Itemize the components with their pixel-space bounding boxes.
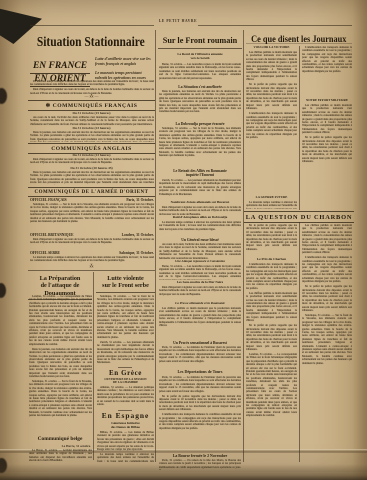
bourse-body-text: Paris, 31 octobre. — En raison de la fêt…: [159, 459, 241, 470]
communique-ang-body-2-text: Dans la journée, nos batteries ont exécu…: [30, 171, 154, 185]
officiel-francais-body-text: Salonique, 31 octobre. — Sur le front de…: [30, 203, 154, 223]
roumain-head-10: Un Procès sensationnel à Bucarest: [158, 341, 242, 345]
roumain-body-4-text: Rien d'important à signaler au cours de …: [159, 206, 241, 215]
roumain-body-7-text: Berne, 31 octobre. — Les nouvelles reçue…: [159, 265, 241, 280]
roumain-body-berne-text: Berne, 31 octobre. — Les nouvelles reçue…: [159, 63, 241, 80]
lead-chapeau-1: Lutte d'artillerie assez vive sur les fr…: [95, 56, 153, 67]
charbon-col-d-body-1: M. le préfet de police rappelle que les …: [246, 224, 297, 257]
espagne-subhead: Généreuse Initiative des Dames de Bilbao: [96, 422, 155, 430]
journaux-col-d-p1: Les chiffres publiés ce matin montrent q…: [246, 51, 297, 82]
roumain-body-11: Paris, 31 octobre. — Le ministre de l'in…: [159, 376, 241, 452]
roumain-head-6: Un Général russe blessé: [158, 238, 242, 242]
headline-front-roumain: Sur le Front roumain: [158, 36, 242, 49]
espagne-body-p2: Le mauvais temps continue à entraver les…: [97, 453, 154, 462]
roumain-body-3-text: Zurich, 31 octobre. — Les journaux allem…: [159, 179, 241, 196]
journaux-col-e-p3: M. le préfet de police rappelle que les …: [302, 136, 352, 163]
communique-ang-body-2: Dans la journée, nos batteries ont exécu…: [30, 171, 154, 185]
roumain-body-10-text: Paris, 31 octobre. — Le ministre de l'in…: [159, 346, 241, 363]
charbon-col-d-body-2: L'amélioration des transports demeure la…: [246, 263, 297, 461]
grece-divider: [118, 367, 132, 368]
roumain-head-3-line2: inquiète l'Ennemi: [158, 173, 242, 177]
roumain-subhead-line2: vers le Sereth: [158, 57, 242, 61]
charbon-col-d-p5: Londres, 31 octobre. — Le correspondant …: [246, 353, 297, 418]
headline-en-espagne: En Espagne: [96, 412, 155, 421]
roumain-subhead: Le Recul de l'Offensive ennemie vers le …: [158, 53, 242, 61]
journaux-col-d-body-2: Le mauvais temps continue à entraver les…: [246, 201, 297, 209]
journaux-col-e-p2: Les chiffres publiés ce matin montrent q…: [302, 104, 352, 135]
lead-bottom-rule: [28, 270, 155, 271]
charbon-col-d-p3: Les chiffres publiés ce matin montrent q…: [246, 292, 297, 323]
douaumont-body-p2: Dans la journée, nos batteries ont exécu…: [29, 348, 92, 379]
star-ornament-icon: ✻: [46, 103, 51, 109]
douaumont-body: Londres, 31 octobre. — Le correspondant …: [29, 295, 92, 433]
lead-headline-wrap: Situation Stationnaire: [22, 33, 160, 51]
journaux-head-2: LA GUERRE FUTURE: [246, 196, 297, 200]
roumain-body-5: Le mauvais temps continue à entraver les…: [159, 221, 241, 237]
communique-ang-body-1-text: Rien d'important à signaler au cours de …: [30, 158, 154, 165]
roumain-body-9-text: Les chiffres publiés ce matin montrent q…: [159, 307, 241, 327]
roumain-body-10: Paris, 31 octobre. — Le ministre de l'in…: [159, 346, 241, 369]
roumain-body-berne: Berne, 31 octobre. — Les nouvelles reçue…: [159, 63, 241, 84]
communique-fr-body-1-text: Au cours de la nuit, l'activité des deux…: [30, 116, 154, 126]
charbon-head-1: Le Prix du Charbon: [246, 258, 297, 262]
espagne-subhead-line2: des Dames de Bilbao: [96, 426, 155, 430]
journaux-col-e-body-1: L'amélioration des transports demeure la…: [302, 46, 352, 98]
roumain-body-6-text: Au cours de la nuit, l'activité des deux…: [159, 243, 241, 259]
roumain-head-4: Nombreux Avions allemands sur Bucarest: [158, 201, 242, 205]
roumain-body-2-text: Salonique, 31 octobre. — Sur le front de…: [159, 127, 241, 158]
roumain-body-6: Au cours de la nuit, l'activité des deux…: [159, 243, 241, 259]
roumain-head-5: Raid d'Aéroplanes alliés en Dobroudja: [158, 216, 242, 220]
journaux-underline: [246, 43, 352, 44]
charbon-col-e-p2: L'amélioration des transports demeure la…: [302, 256, 352, 283]
roumain-body-1: Dans la journée, nos batteries ont exécu…: [159, 90, 241, 121]
journaux-col-d-body-1: Les chiffres publiés ce matin montrent q…: [246, 51, 297, 195]
journaux-head-1: VOULOIR LA VICTOIRE: [246, 46, 297, 50]
punch-hole-middle: [0, 283, 6, 298]
grece-body-text: Athènes, 31 octobre. — La situation poli…: [97, 386, 154, 406]
communiques-francais-title: COMMUNIQUÉS FRANÇAIS: [53, 103, 138, 109]
officiel-serbe-label: OFFICIEL SERBE: [30, 251, 60, 255]
roumain-body-11-p3: L'amélioration des transports demeure la…: [159, 413, 241, 430]
communique-fr-body-2: Dans la journée, nos batteries ont exécu…: [30, 131, 154, 142]
headline-communique-belge: Communiqué belge: [28, 436, 92, 442]
officiel-francais-label: OFFICIEL FRANÇAIS: [30, 198, 67, 202]
grece-subhead-line2: DE LA CHAMBRE: [96, 381, 155, 384]
page-title: Situation Stationnaire: [37, 35, 145, 51]
punch-hole-top: [0, 88, 7, 104]
douaumont-body-p1: Londres, 31 octobre. — Le correspondant …: [29, 295, 92, 346]
roumain-head-3: Le Retrait des Alliés en Roumanie inquiè…: [158, 169, 242, 178]
roumain-head-11: Les Déportations de Tours: [158, 370, 242, 375]
column-rule-3b: [299, 222, 300, 462]
top-rule-right: [198, 25, 352, 26]
newspaper-page: LE PETIT HAVRE Situation Stationnaire EN…: [0, 0, 367, 480]
headline-front-serbe-line1: Lutte violente: [96, 275, 155, 282]
charbon-col-d-p2: L'amélioration des transports demeure la…: [246, 263, 297, 290]
headline-front-serbe: Lutte violente sur le Front serbe: [96, 275, 155, 293]
londres-dateline: Londres, 31 Octobre.: [122, 233, 154, 237]
grece-subhead: OUVERTURE DE LA SESSION DE LA CHAMBRE: [96, 378, 155, 385]
roumain-body-3: Zurich, 31 octobre. — Les journaux allem…: [159, 179, 241, 200]
roumain-body-5-text: Le mauvais temps continue à entraver les…: [159, 221, 241, 231]
belge-dateline: Le Havre, 31 octobre.: [29, 444, 91, 448]
espagne-body: Bilbao, 31 octobre. — Les dames de Bilba…: [97, 431, 154, 462]
officiel-britannique-row: OFFICIEL BRITANNIQUE Londres, 31 Octobre…: [30, 233, 154, 237]
officiel-serbe-row: OFFICIEL SERBE Salonique, 31 Octobre.: [30, 251, 154, 255]
communiques-anglais-title: COMMUNIQUÉS ANGLAIS: [51, 146, 132, 152]
masthead-note: LE PETIT HAVRE: [148, 19, 208, 23]
roumain-head-9: La Presse allemande et la Roumanie: [158, 302, 242, 306]
bourse-headline: La Bourse fermée le 2 Novembre: [158, 454, 242, 458]
subcolumn-rule: [93, 272, 94, 460]
communiques-orient-title: COMMUNIQUÉS DE L'ARMÉE D'ORIENT: [35, 190, 149, 195]
charbon-col-e-p1: Les chiffres publiés ce matin montrent q…: [302, 224, 352, 255]
lead-intro-p1: Le mauvais temps continue à entraver les…: [30, 80, 154, 87]
column-rule-2: [243, 30, 244, 462]
asterism-ornament-1: — ⁂ —: [28, 94, 155, 98]
officiel-francais-row: OFFICIEL FRANÇAIS Paris, 31 Octobre.: [30, 198, 154, 202]
section-communiques-francais: ✻ COMMUNIQUÉS FRANÇAIS: [28, 100, 155, 111]
officiel-britannique-label: OFFICIEL BRITANNIQUE: [30, 233, 74, 237]
roumain-head-2: La Dobroudja presque évacuée: [158, 122, 242, 126]
front-serbe-body: Salonique, 31 octobre. — Sur le front de…: [97, 295, 154, 366]
section-communiques-orient: COMMUNIQUÉS DE L'ARMÉE D'ORIENT: [28, 187, 155, 197]
journaux-col-d-p4: Le mauvais temps continue à entraver les…: [246, 201, 297, 209]
journaux-col-d-p2: M. le préfet de police rappelle que les …: [246, 83, 297, 110]
roumain-head-7: Une Attaque repoussée à Constantza: [158, 260, 242, 264]
section-question-charbon: LA QUESTION DU CHARBON: [244, 211, 354, 223]
communique-fr-body-2-text: Dans la journée, nos batteries ont exécu…: [30, 131, 154, 142]
journaux-col-e-p1: L'amélioration des transports demeure la…: [302, 46, 352, 73]
belge-body-text: Le Havre, 31 octobre. — Activité intermi…: [29, 449, 92, 461]
asterism-ornament-2: ⁂: [28, 264, 155, 268]
column-rule-1: [155, 30, 156, 462]
douaumont-body-p3: Salonique, 31 octobre. — Sur le front de…: [29, 380, 92, 417]
officiel-britannique-body-text: Rien d'important à signaler au cours de …: [30, 238, 154, 245]
roumain-body-9: Les chiffres publiés ce matin montrent q…: [159, 307, 241, 340]
charbon-headline: LA QUESTION DU CHARBON: [246, 214, 353, 221]
roumain-body-8-text: Rien d'important à signaler au cours de …: [159, 286, 241, 296]
journaux-head-3: NOTRE EFFORT MILITAIRE: [302, 99, 352, 103]
roumain-head-8: Les Sous-marins de la Mer Noire: [158, 281, 242, 285]
front-serbe-body-p2: Zurich, 31 octobre. — Les journaux allem…: [97, 341, 154, 365]
charbon-col-e-p4: Salonique, 31 octobre. — Sur le front de…: [302, 314, 352, 365]
front-serbe-body-p1: Salonique, 31 octobre. — Sur le front de…: [97, 295, 154, 339]
officiel-britannique-body: Rien d'important à signaler au cours de …: [30, 238, 154, 250]
officiel-francais-body: Salonique, 31 octobre. — Sur le front de…: [30, 203, 154, 232]
paris-dateline: Paris, 31 Octobre.: [126, 198, 154, 202]
charbon-col-d-p1: M. le préfet de police rappelle que les …: [246, 224, 297, 251]
roumain-body-1-text: Dans la journée, nos batteries ont exécu…: [159, 90, 241, 114]
roumain-body-8: Rien d'important à signaler au cours de …: [159, 286, 241, 301]
salonique-dateline: Salonique, 31 Octobre.: [119, 251, 154, 255]
charbon-col-d-p4: M. le préfet de police rappelle que les …: [246, 324, 297, 351]
communique-fr-body-1: Au cours de la nuit, l'activité des deux…: [30, 116, 154, 126]
belge-body: Le Havre, 31 octobre. — Activité intermi…: [29, 449, 92, 461]
espagne-body-p1: Bilbao, 31 octobre. — Les dames de Bilba…: [97, 431, 154, 451]
officiel-serbe-body-text: Le mauvais temps continue à entraver les…: [30, 256, 154, 263]
roumain-body-4: Rien d'important à signaler au cours de …: [159, 206, 241, 215]
journaux-col-e-body-2: Les chiffres publiés ce matin montrent q…: [302, 104, 352, 209]
roumain-body-2: Salonique, 31 octobre. — Sur le front de…: [159, 127, 241, 168]
charbon-col-e-body: Les chiffres publiés ce matin montrent q…: [302, 224, 352, 462]
roumain-body-11-p1: Paris, 31 octobre. — Le ministre de l'in…: [159, 376, 241, 393]
column-rule-3a: [299, 46, 300, 210]
headline-front-serbe-line2: sur le Front serbe: [96, 282, 155, 289]
headline-douaumont-line1: La Préparation: [28, 275, 92, 282]
roumain-body-11-p2: M. le préfet de police rappelle que les …: [159, 395, 241, 412]
roumain-body-7: Berne, 31 octobre. — Les nouvelles reçue…: [159, 265, 241, 280]
bourse-body: Paris, 31 octobre. — En raison de la fêt…: [159, 459, 241, 470]
grece-body: Athènes, 31 octobre. — La situation poli…: [97, 386, 154, 409]
lead-intro: Le mauvais temps continue à entraver les…: [30, 80, 154, 94]
journaux-col-d-p3: L'amélioration des transports demeure la…: [246, 112, 297, 139]
roumain-head-1: La Situation s'est améliorée: [158, 85, 242, 89]
charbon-col-e-p3: M. le préfet de police rappelle que les …: [302, 285, 352, 312]
top-rule-left: [30, 25, 154, 26]
communique-ang-body-1: Rien d'important à signaler au cours de …: [30, 158, 154, 166]
